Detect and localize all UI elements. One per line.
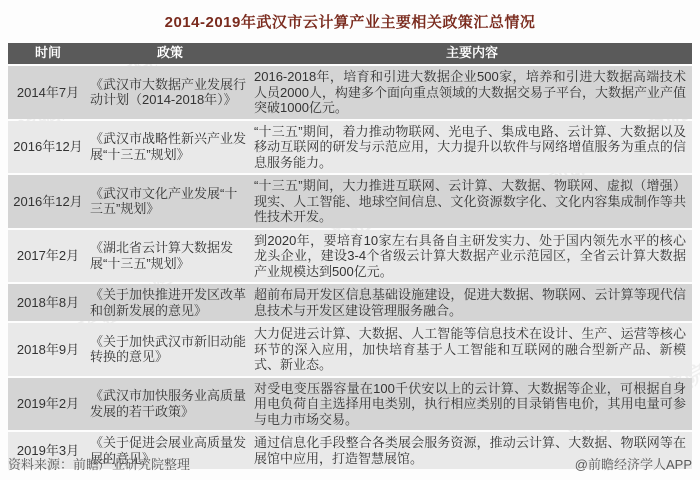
policy-cell: 《武汉市战略性新兴产业发展“十三五”规划》 xyxy=(88,128,252,165)
content-cell: 到2020年，要培育10家左右具备自主研发实力、处于国内领先水平的核心龙头企业，… xyxy=(252,230,692,283)
footer: 资料来源：前瞻产业研究院整理 @前瞻经济学人APP xyxy=(8,454,692,473)
policy-cell: 《湖北省云计算大数据发展“十三五”规划》 xyxy=(88,237,252,274)
page-title: 2014-2019年武汉市云计算产业主要相关政策汇总情况 xyxy=(0,0,700,32)
page: 2014-2019年武汉市云计算产业主要相关政策汇总情况 时间 政策 主要内容 … xyxy=(0,0,700,480)
time-cell: 2016年12月 xyxy=(8,191,88,213)
table-row: 2014年7月《武汉市大数据产业发展行动计划（2014-2018年）》2016-… xyxy=(8,66,692,119)
content-cell: 超前布局开发区信息基础设施建设，促进大数据、物联网、云计算等现代信息技术与开发区… xyxy=(252,284,692,321)
time-cell: 2017年2月 xyxy=(8,245,88,267)
credit-note: @前瞻经济学人APP xyxy=(575,454,692,473)
policy-cell: 《关于加快推进开发区改革和创新发展的意见》 xyxy=(88,284,252,321)
content-cell: 2016-2018年，培育和引进大数据企业500家，培养和引进大数据高端技术人员… xyxy=(252,66,692,119)
time-cell: 2018年9月 xyxy=(8,339,88,361)
column-header-policy: 政策 xyxy=(88,43,252,64)
table-row: 2016年12月《武汉市文化产业发展“十三五”规划》“十三五”期间，大力推进互联… xyxy=(8,175,692,228)
content-cell: “十三五”期间，大力推进互联网、云计算、大数据、物联网、虚拟（增强）现实、人工智… xyxy=(252,175,692,228)
time-cell: 2019年2月 xyxy=(8,393,88,415)
policy-cell: 《关于加快武汉市新旧动能转换的意见》 xyxy=(88,331,252,368)
time-cell: 2018年8月 xyxy=(8,292,88,314)
table-row: 2017年2月《湖北省云计算大数据发展“十三五”规划》到2020年，要培育10家… xyxy=(8,230,692,283)
content-cell: 大力促进云计算、大数据、人工智能等信息技术在设计、生产、运营等核心环节的深入应用… xyxy=(252,323,692,376)
table-row: 2019年2月《武汉市加快服务业高质量发展的若干政策》对受电变压器容量在100千… xyxy=(8,378,692,431)
source-note: 资料来源：前瞻产业研究院整理 xyxy=(8,454,190,473)
content-cell: “十三五”期间，着力推动物联网、光电子、集成电路、云计算、大数据以及移动互联网的… xyxy=(252,121,692,174)
table-header-row: 时间 政策 主要内容 xyxy=(8,43,692,64)
policy-table: 时间 政策 主要内容 2014年7月《武汉市大数据产业发展行动计划（2014-2… xyxy=(8,43,692,469)
time-cell: 2014年7月 xyxy=(8,82,88,104)
policy-cell: 《武汉市大数据产业发展行动计划（2014-2018年）》 xyxy=(88,74,252,111)
column-header-time: 时间 xyxy=(8,43,88,64)
table-row: 2018年9月《关于加快武汉市新旧动能转换的意见》大力促进云计算、大数据、人工智… xyxy=(8,323,692,376)
column-header-content: 主要内容 xyxy=(252,43,692,64)
time-cell: 2016年12月 xyxy=(8,136,88,158)
policy-cell: 《武汉市加快服务业高质量发展的若干政策》 xyxy=(88,385,252,422)
table-row: 2018年8月《关于加快推进开发区改革和创新发展的意见》超前布局开发区信息基础设… xyxy=(8,284,692,321)
table-row: 2016年12月《武汉市战略性新兴产业发展“十三五”规划》“十三五”期间，着力推… xyxy=(8,121,692,174)
policy-cell: 《武汉市文化产业发展“十三五”规划》 xyxy=(88,183,252,220)
table-body: 2014年7月《武汉市大数据产业发展行动计划（2014-2018年）》2016-… xyxy=(8,66,692,469)
content-cell: 对受电变压器容量在100千伏安以上的云计算、大数据等企业，可根据自身用电负荷自主… xyxy=(252,378,692,431)
